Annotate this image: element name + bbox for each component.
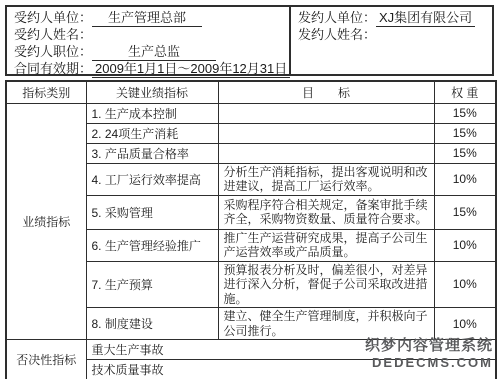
header-category: 指标类别 [6,81,86,103]
watermark-domain-text: DEDECMS.COM [365,354,493,371]
kpi-cell: 1. 生产成本控制 [86,103,218,123]
receiver-title-label: 受约人职位： [14,43,92,60]
contract-document-page: 受约人单位：生产管理总部 受约人姓名： 受约人职位：生产总监 合同有效期：200… [0,0,500,379]
weight-cell: 15% [434,103,496,123]
target-cell [218,123,434,143]
table-row: 业绩指标 1. 生产成本控制 15% [6,103,496,123]
issuer-unit-value: XJ集团有限公司 [376,9,475,27]
kpi-cell: 2. 24项生产消耗 [86,123,218,143]
target-cell [218,103,434,123]
watermark-cn-text: 织梦内容管理系统 [365,337,493,354]
weight-cell: 10% [434,163,496,195]
receiver-name-label: 受约人姓名： [14,26,92,43]
table-header-row: 指标类别 关键业绩指标 目 标 权 重 [6,81,496,103]
kpi-cell: 3. 产品质量合格率 [86,143,218,163]
issuer-unit-line: 发约人单位：XJ集团有限公司 [298,9,492,26]
kpi-cell: 5. 采购管理 [86,195,218,229]
kpi-cell: 6. 生产管理经验推广 [86,229,218,261]
contract-period-value: 2009年1月1日～2009年12月31日 [92,60,290,78]
kpi-cell: 8. 制度建设 [86,308,218,340]
target-cell: 预算报表分析及时，偏差很小，对差异进行深入分析，督促子公司采取改进措施。 [218,261,434,308]
contract-header-box: 受约人单位：生产管理总部 受约人姓名： 受约人职位：生产总监 合同有效期：200… [5,5,494,76]
category-veto-cell: 否决性指标 [6,340,86,379]
weight-cell: 10% [434,229,496,261]
weight-cell: 15% [434,143,496,163]
header-kpi: 关键业绩指标 [86,81,218,103]
issuer-name-label: 发约人姓名： [298,26,376,43]
weight-cell: 15% [434,195,496,229]
category-performance-cell: 业绩指标 [6,103,86,340]
receiver-unit-label: 受约人单位： [14,9,92,26]
receiver-title-line: 受约人职位：生产总监 [14,43,289,60]
receiver-unit-value: 生产管理总部 [92,9,202,27]
receiver-name-line: 受约人姓名： [14,26,289,43]
contract-period-line: 合同有效期：2009年1月1日～2009年12月31日 [14,60,289,77]
dedecms-watermark: 织梦内容管理系统 DEDECMS.COM [365,337,493,371]
kpi-cell: 7. 生产预算 [86,261,218,308]
receiver-title-value: 生产总监 [92,43,216,61]
weight-cell: 15% [434,123,496,143]
receiver-unit-line: 受约人单位：生产管理总部 [14,9,289,26]
header-target: 目 标 [218,81,434,103]
issuer-info-section: 发约人单位：XJ集团有限公司 发约人姓名： [291,7,492,74]
issuer-unit-label: 发约人单位： [298,9,376,26]
target-cell: 推广生产运营研究成果，提高子公司生产运营效率或产品质量。 [218,229,434,261]
target-cell: 建立、健全生产管理制度，并积极向子公司推行。 [218,308,434,340]
target-cell [218,143,434,163]
kpi-table: 指标类别 关键业绩指标 目 标 权 重 业绩指标 1. 生产成本控制 15% 2… [5,80,497,379]
header-weight: 权 重 [434,81,496,103]
target-cell: 分析生产消耗指标，提出客观说明和改进建议，提高工厂运行效率。 [218,163,434,195]
weight-cell: 10% [434,261,496,308]
target-cell: 采购程序符合相关规定，备案审批手续齐全，采购物资数量、质量符合要求。 [218,195,434,229]
kpi-cell: 4. 工厂运行效率提高 [86,163,218,195]
weight-cell: 10% [434,308,496,340]
contract-period-label: 合同有效期： [14,60,92,77]
issuer-name-line: 发约人姓名： [298,26,492,43]
receiver-info-section: 受约人单位：生产管理总部 受约人姓名： 受约人职位：生产总监 合同有效期：200… [7,7,291,74]
